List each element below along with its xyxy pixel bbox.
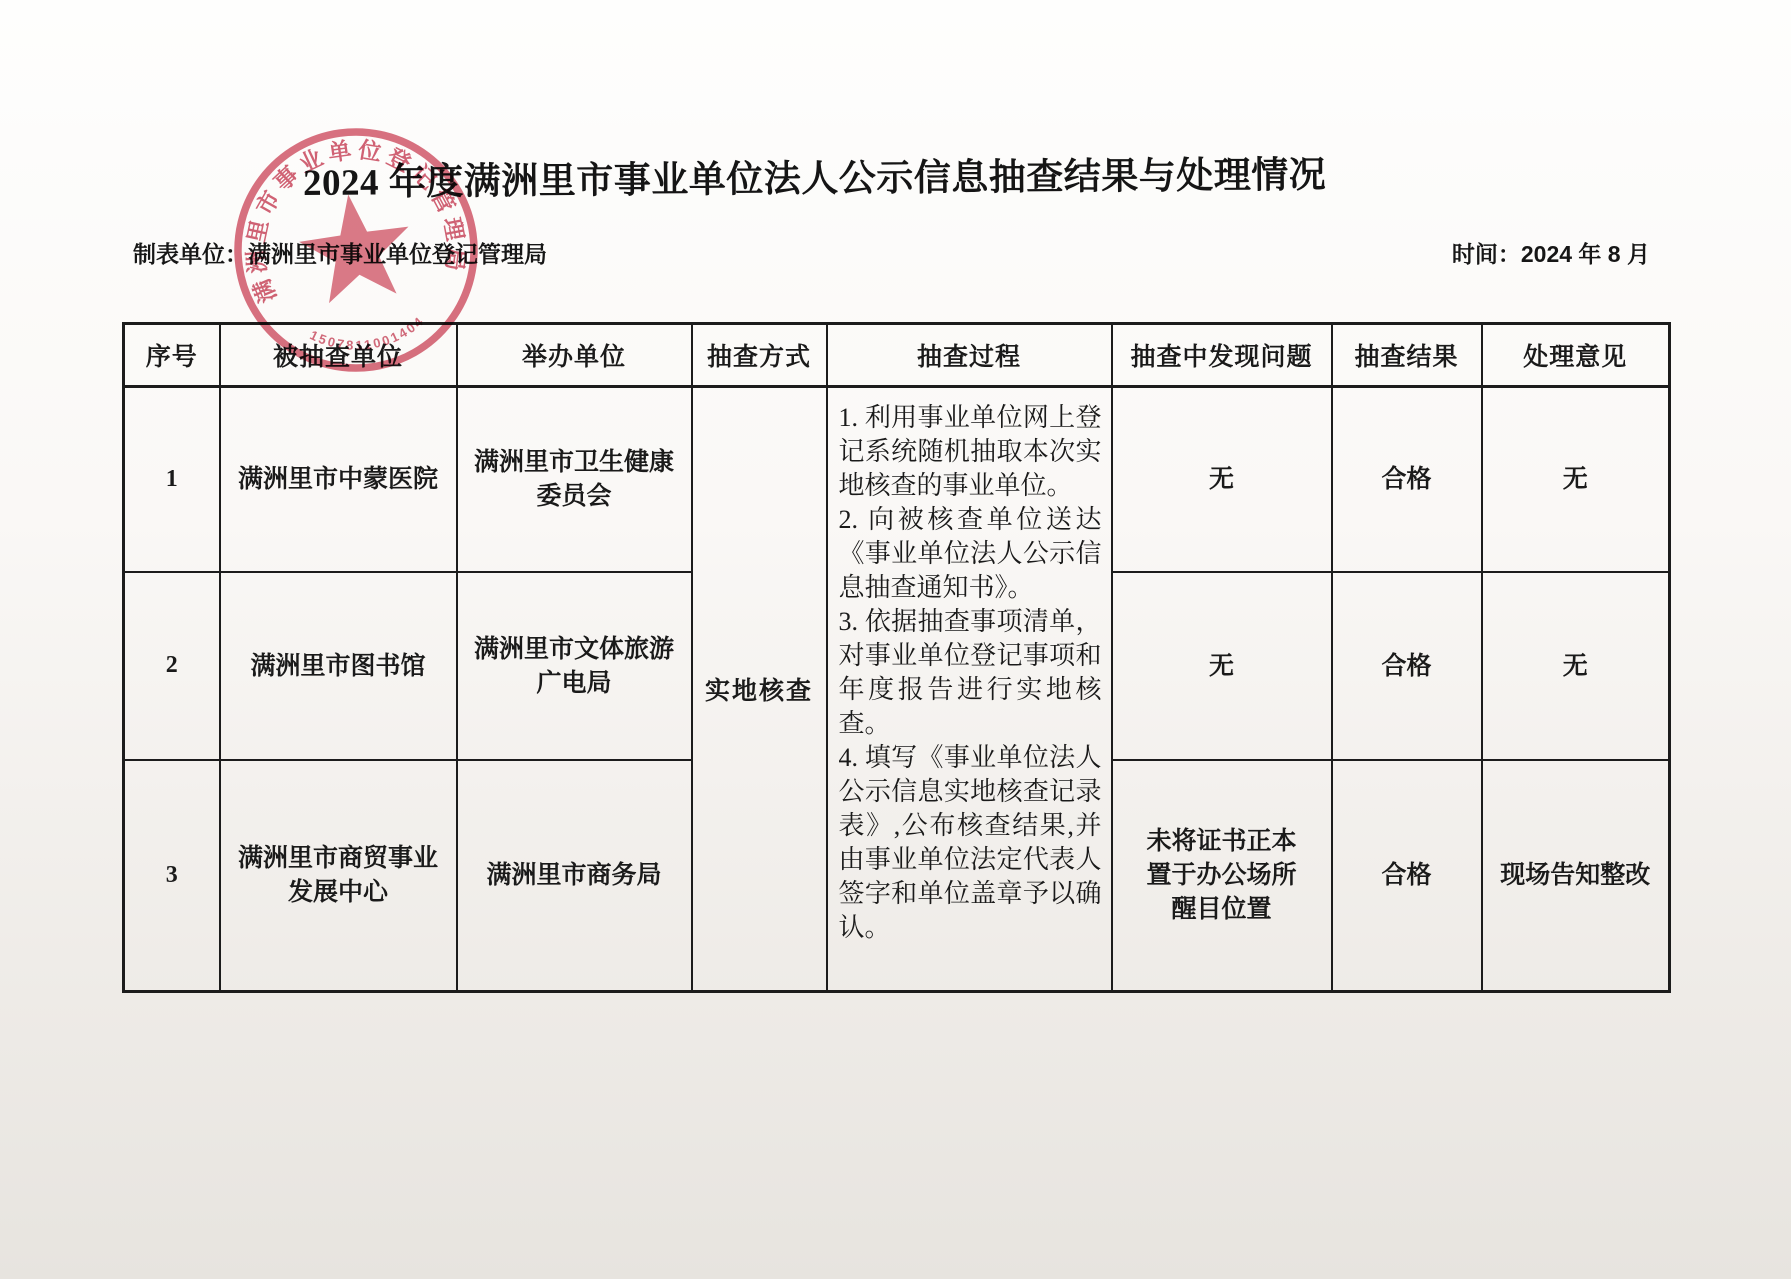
merged-method-cell: 实地核查: [692, 387, 827, 992]
header-cell-process: 抽查过程: [827, 324, 1112, 387]
row1-problems: 无: [1112, 387, 1332, 572]
row3-organizer: 满洲里市商务局: [457, 760, 692, 992]
table-row: 1 满洲里市中蒙医院 满洲里市卫生健康委员会 实地核查 1. 利用事业单位网上登…: [124, 387, 1670, 572]
process-step-3: 3. 依据抽查事项清单，对事业单位登记事项和年度报告进行实地核查。: [839, 605, 1102, 741]
official-seal: 满洲里市事业单位登记管理局 1507811001404: [209, 103, 503, 397]
results-table: 序号 被抽查单位 举办单位 抽查方式 抽查过程 抽查中发现问题 抽查结果 处理意…: [122, 322, 1671, 993]
header-cell-no: 序号: [124, 324, 220, 387]
row2-no: 2: [124, 572, 220, 760]
row3-problems: 未将证书正本置于办公场所醒目位置: [1112, 760, 1332, 992]
row2-inspected-unit: 满洲里市图书馆: [220, 572, 457, 760]
header-cell-problems: 抽查中发现问题: [1112, 324, 1332, 387]
row1-no: 1: [124, 387, 220, 572]
header-cell-result: 抽查结果: [1332, 324, 1482, 387]
row2-organizer: 满洲里市文体旅游广电局: [457, 572, 692, 760]
process-step-1: 1. 利用事业单位网上登记系统随机抽取本次实地核查的事业单位。: [839, 401, 1102, 503]
row3-result: 合格: [1332, 760, 1482, 992]
process-step-4: 4. 填写《事业单位法人公示信息实地核查记录表》,公布核查结果,并由事业单位法定…: [839, 741, 1102, 945]
row2-opinion: 无: [1482, 572, 1670, 760]
row3-inspected-unit: 满洲里市商贸事业发展中心: [220, 760, 457, 992]
header-cell-method: 抽查方式: [692, 324, 827, 387]
date-line: 时间：2024 年 8 月: [1452, 236, 1650, 269]
row2-problems: 无: [1112, 572, 1332, 760]
seal-star-icon: [294, 187, 418, 306]
row3-no: 3: [124, 760, 220, 992]
process-step-2: 2. 向被核查单位送达《事业单位法人公示信息抽查通知书》。: [839, 503, 1102, 605]
merged-process-cell: 1. 利用事业单位网上登记系统随机抽取本次实地核查的事业单位。 2. 向被核查单…: [827, 387, 1112, 992]
row1-organizer: 满洲里市卫生健康委员会: [457, 387, 692, 572]
row1-inspected-unit: 满洲里市中蒙医院: [220, 387, 457, 572]
header-cell-opinion: 处理意见: [1482, 324, 1670, 387]
scanned-document-page: 2024 年度满洲里市事业单位法人公示信息抽查结果与处理情况 制表单位：满洲里市…: [0, 0, 1791, 1279]
row1-opinion: 无: [1482, 387, 1670, 572]
row3-opinion: 现场告知整改: [1482, 760, 1670, 992]
row1-result: 合格: [1332, 387, 1482, 572]
row2-result: 合格: [1332, 572, 1482, 760]
